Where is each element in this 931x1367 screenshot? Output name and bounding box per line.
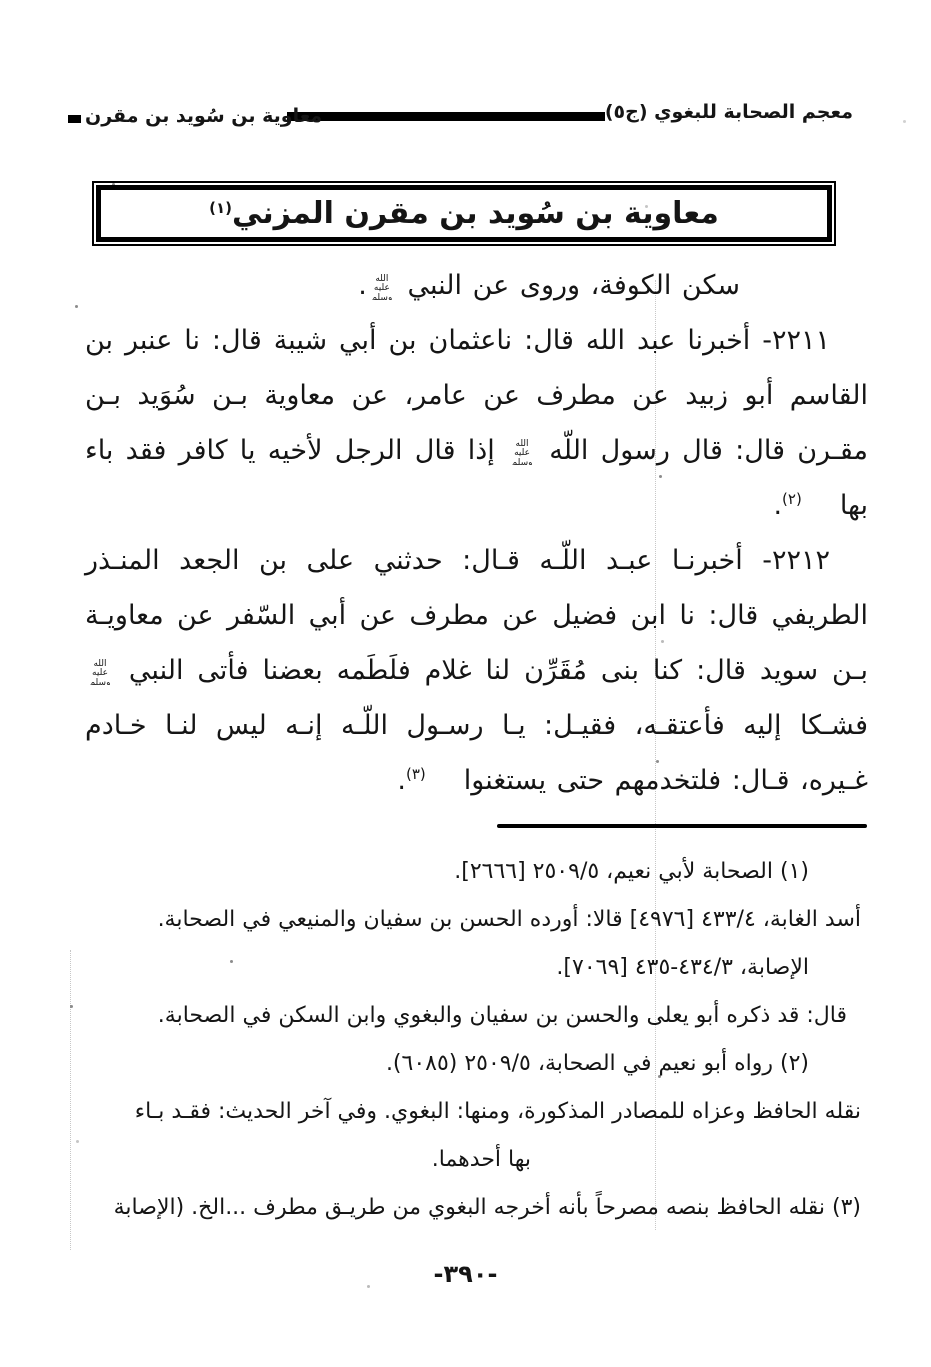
body-text: سكن الكوفة، وروى عن النبي صلى الله عليه …: [85, 258, 868, 808]
running-title-chapter: معاوية بن سُويد بن مقرن: [85, 105, 322, 127]
footnote-1-line-4: قال: قد ذكره أبو يعلى والحسن بن سفيان وا…: [64, 992, 861, 1040]
hadith-2212-matn: فشـكا إليه فأعتقـه، فقيـل: يـا رسـول الل…: [85, 710, 868, 796]
hadith-2212-isnad: ٢٢١٢- أخبرنـا عبـد اللّـه قـال: حدثني عل…: [85, 545, 868, 686]
speck: [658, 1075, 661, 1078]
hadith-2211: ٢٢١١- أخبرنا عبد الله قال: ناعثمان بن أب…: [85, 313, 868, 533]
speck: [112, 183, 115, 186]
footnote-1-line-2: أسد الغابة، ٤٣٣/٤ [٤٩٧٦] قالا: أورده الح…: [64, 896, 861, 944]
pbuh-ligature: صلى الله عليه وسلم: [367, 266, 397, 300]
pbuh-ligature: صلى الله عليه وسلم: [507, 431, 537, 465]
speck: [230, 960, 233, 963]
biography-line: سكن الكوفة، وروى عن النبي صلى الله عليه …: [85, 258, 868, 313]
header-rule: [287, 112, 605, 121]
hadith-2211-period: .: [773, 490, 782, 521]
footnote-1-line-3: الإصابة، ٤٣٤/٣-٤٣٥ [٧٠٦٩].: [64, 944, 861, 992]
pbuh-ligature: صلى الله عليه وسلم: [85, 651, 115, 685]
running-title-book: معجم الصحابة للبغوي (ج٥): [605, 101, 853, 123]
footnote-2-line-3: بها أحدهما.: [64, 1136, 861, 1184]
hadith-2212-period: .: [397, 765, 406, 796]
entry-title-text: معاوية بن سُويد بن مقرن المزني: [232, 196, 719, 231]
hadith-2212: ٢٢١٢- أخبرنـا عبـد اللّـه قـال: حدثني عل…: [85, 533, 868, 808]
speck: [76, 1140, 79, 1143]
footnote-2-line-2: نقله الحافظ وعزاه للمصادر المذكورة، ومنه…: [64, 1088, 861, 1136]
footnote-2-line-1: (٢) رواه أبو نعيم في الصحابة، ٢٥٠٩/٥ (٦٠…: [64, 1040, 861, 1088]
speck: [645, 205, 648, 208]
scan-fold-line: [70, 950, 71, 1250]
scanned-book-page: معجم الصحابة للبغوي (ج٥) معاوية بن سُويد…: [0, 0, 931, 1367]
biography-text: سكن الكوفة، وروى عن النبي: [397, 270, 740, 301]
scan-fold-line: [655, 280, 656, 1230]
page-number: -٣٩٠-: [0, 1260, 931, 1288]
entry-title-inner-frame: معاوية بن سُويد بن مقرن المزني(١): [96, 185, 832, 242]
entry-title-box: معاوية بن سُويد بن مقرن المزني(١): [92, 181, 836, 246]
speck: [656, 760, 659, 763]
footnote-3-line-1: (٣) نقله الحافظ بنصه مصرحاً بأنه أخرجه ا…: [64, 1184, 861, 1232]
entry-title: معاوية بن سُويد بن مقرن المزني(١): [209, 196, 719, 231]
footnotes-block: (١) الصحابة لأبي نعيم، ٢٥٠٩/٥ [٢٦٦٦]. أس…: [64, 848, 861, 1232]
speck: [661, 640, 664, 643]
speck: [75, 305, 78, 308]
footnote-1-line-1: (١) الصحابة لأبي نعيم، ٢٥٠٩/٥ [٢٦٦٦].: [64, 848, 861, 896]
speck: [367, 1285, 370, 1288]
speck: [70, 1005, 73, 1008]
speck: [903, 120, 906, 123]
footnote-separator: [497, 824, 867, 828]
speck: [659, 475, 662, 478]
header-rule-end-mark: [68, 115, 81, 123]
biography-period: .: [358, 270, 367, 301]
